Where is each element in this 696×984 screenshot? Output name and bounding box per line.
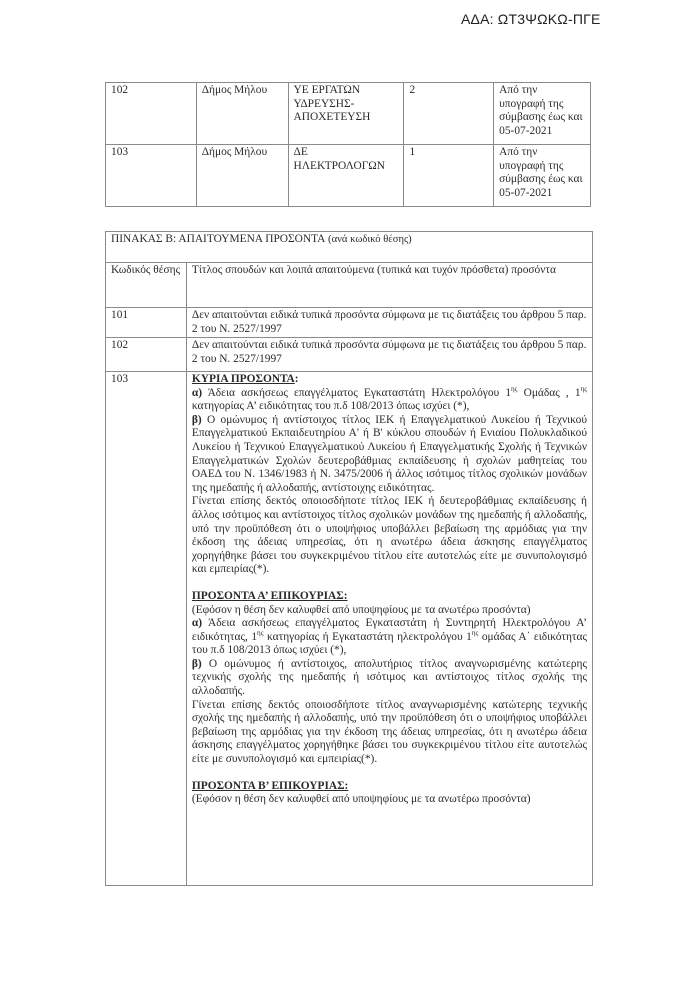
item-label: α) xyxy=(192,617,202,629)
auxiliary-a-heading: ΠΡΟΣΟΝΤΑ Α’ ΕΠΙΚΟΥΡΙΑΣ: xyxy=(192,590,587,604)
position-count: 1 xyxy=(404,145,494,207)
qualification-text: Δεν απαιτούνται ειδικά τυπικά προσόντα σ… xyxy=(186,308,592,338)
item-text: κατηγορίας Α’ ειδικότητας του π.δ 108/20… xyxy=(192,400,469,412)
table-row: 102 Δεν απαιτούνται ειδικά τυπικά προσόν… xyxy=(106,338,593,372)
table-row: 102 Δήμος Μήλου ΥΕ ΕΡΓΑΤΩΝ ΥΔΡΕΥΣΗΣ-ΑΠΟΧ… xyxy=(106,83,591,145)
item-text: κατηγορίας ή Εγκαταστάτη ηλεκτρολόγου 1 xyxy=(263,631,471,643)
heading-colon: : xyxy=(295,373,299,385)
position-code: 103 xyxy=(106,372,187,886)
item-label: β) xyxy=(192,414,202,426)
auxiliary-b-note: (Εφόσον η θέση δεν καλυφθεί από υποψηφίο… xyxy=(192,793,587,807)
auxiliary-a-note: (Εφόσον η θέση δεν καλυφθεί από υποψηφίο… xyxy=(192,604,587,618)
qualification-details: ΚΥΡΙΑ ΠΡΟΣΟΝΤΑ: α) Άδεια ασκήσεως επαγγέ… xyxy=(186,372,592,886)
position-code: 102 xyxy=(106,338,187,372)
municipality: Δήμος Μήλου xyxy=(196,145,288,207)
item-text: Ομάδας , 1 xyxy=(517,387,580,399)
position-code: 101 xyxy=(106,308,187,338)
specialty: ΥΕ ΕΡΓΑΤΩΝ ΥΔΡΕΥΣΗΣ-ΑΠΟΧΕΤΕΥΣΗ xyxy=(288,83,404,145)
main-item-b: β) Ο ομώνυμος ή αντίστοιχος τίτλος ΙΕΚ ή… xyxy=(192,414,587,496)
auxiliary-b-heading: ΠΡΟΣΟΝΤΑ Β’ ΕΠΙΚΟΥΡΙΑΣ: xyxy=(192,780,587,794)
municipality: Δήμος Μήλου xyxy=(196,83,288,145)
main-qualifications-heading: ΚΥΡΙΑ ΠΡΟΣΟΝΤΑ xyxy=(192,373,295,385)
table-title-main: ΠΙΝΑΚΑΣ Β: ΑΠΑΙΤΟΥΜΕΝΑ ΠΡΟΣΟΝΤΑ xyxy=(111,233,325,245)
specialty: ΔΕ ΗΛΕΚΤΡΟΛΟΓΩΝ xyxy=(288,145,404,207)
table-title-row: ΠΙΝΑΚΑΣ Β: ΑΠΑΙΤΟΥΜΕΝΑ ΠΡΟΣΟΝΤΑ (ανά κωδ… xyxy=(106,232,593,263)
item-text: Άδεια ασκήσεως επαγγέλματος Εγκαταστάτη … xyxy=(202,387,511,399)
position-code: 103 xyxy=(106,145,197,207)
superscript: ης xyxy=(581,385,587,393)
table-title-sub: (ανά κωδικό θέσης) xyxy=(325,234,411,245)
ada-document-id: ΑΔΑ: ΩΤ3ΨΩΚΩ-ΠΓΕ xyxy=(461,11,601,27)
contract-duration: Από την υπογραφή της σύμβασης έως και 05… xyxy=(494,145,591,207)
main-item-a: α) Άδεια ασκήσεως επαγγέλματος Εγκαταστά… xyxy=(192,387,587,414)
position-count: 2 xyxy=(404,83,494,145)
table-row: 101 Δεν απαιτούνται ειδικά τυπικά προσόν… xyxy=(106,308,593,338)
position-code: 102 xyxy=(106,83,197,145)
column-header-code: Κωδικός θέσης xyxy=(106,263,187,308)
main-also-accepted: Γίνεται επίσης δεκτός οποιοσδήποτε τίτλο… xyxy=(192,495,587,577)
column-header-description: Τίτλος σπουδών και λοιπά απαιτούμενα (τυ… xyxy=(186,263,592,308)
auxiliary-a-item-a: α) Άδεια ασκήσεως επαγγέλματος Εγκαταστά… xyxy=(192,617,587,658)
auxiliary-a-item-b: β) Ο ομώνυμος ή αντίστοιχος, απολυτήριος… xyxy=(192,658,587,699)
qualifications-table: ΠΙΝΑΚΑΣ Β: ΑΠΑΙΤΟΥΜΕΝΑ ΠΡΟΣΟΝΤΑ (ανά κωδ… xyxy=(105,231,593,886)
auxiliary-a-also-accepted: Γίνεται επίσης δεκτός οποιοσδήποτε τίτλο… xyxy=(192,699,587,767)
positions-table: 102 Δήμος Μήλου ΥΕ ΕΡΓΑΤΩΝ ΥΔΡΕΥΣΗΣ-ΑΠΟΧ… xyxy=(105,82,591,207)
table-row: 103 ΚΥΡΙΑ ΠΡΟΣΟΝΤΑ: α) Άδεια ασκήσεως επ… xyxy=(106,372,593,886)
contract-duration: Από την υπογραφή της σύμβασης έως και 05… xyxy=(494,83,591,145)
item-label: β) xyxy=(192,658,202,670)
table-row: 103 Δήμος Μήλου ΔΕ ΗΛΕΚΤΡΟΛΟΓΩΝ 1 Από τη… xyxy=(106,145,591,207)
item-text: Ο ομώνυμος ή αντίστοιχος τίτλος ΙΕΚ ή Επ… xyxy=(192,414,587,494)
qualification-text: Δεν απαιτούνται ειδικά τυπικά προσόντα σ… xyxy=(186,338,592,372)
table-header-row: Κωδικός θέσης Τίτλος σπουδών και λοιπά α… xyxy=(106,263,593,308)
table-title: ΠΙΝΑΚΑΣ Β: ΑΠΑΙΤΟΥΜΕΝΑ ΠΡΟΣΟΝΤΑ (ανά κωδ… xyxy=(106,232,593,263)
item-label: α) xyxy=(192,387,202,399)
item-text: Ο ομώνυμος ή αντίστοιχος, απολυτήριος τί… xyxy=(192,658,587,697)
